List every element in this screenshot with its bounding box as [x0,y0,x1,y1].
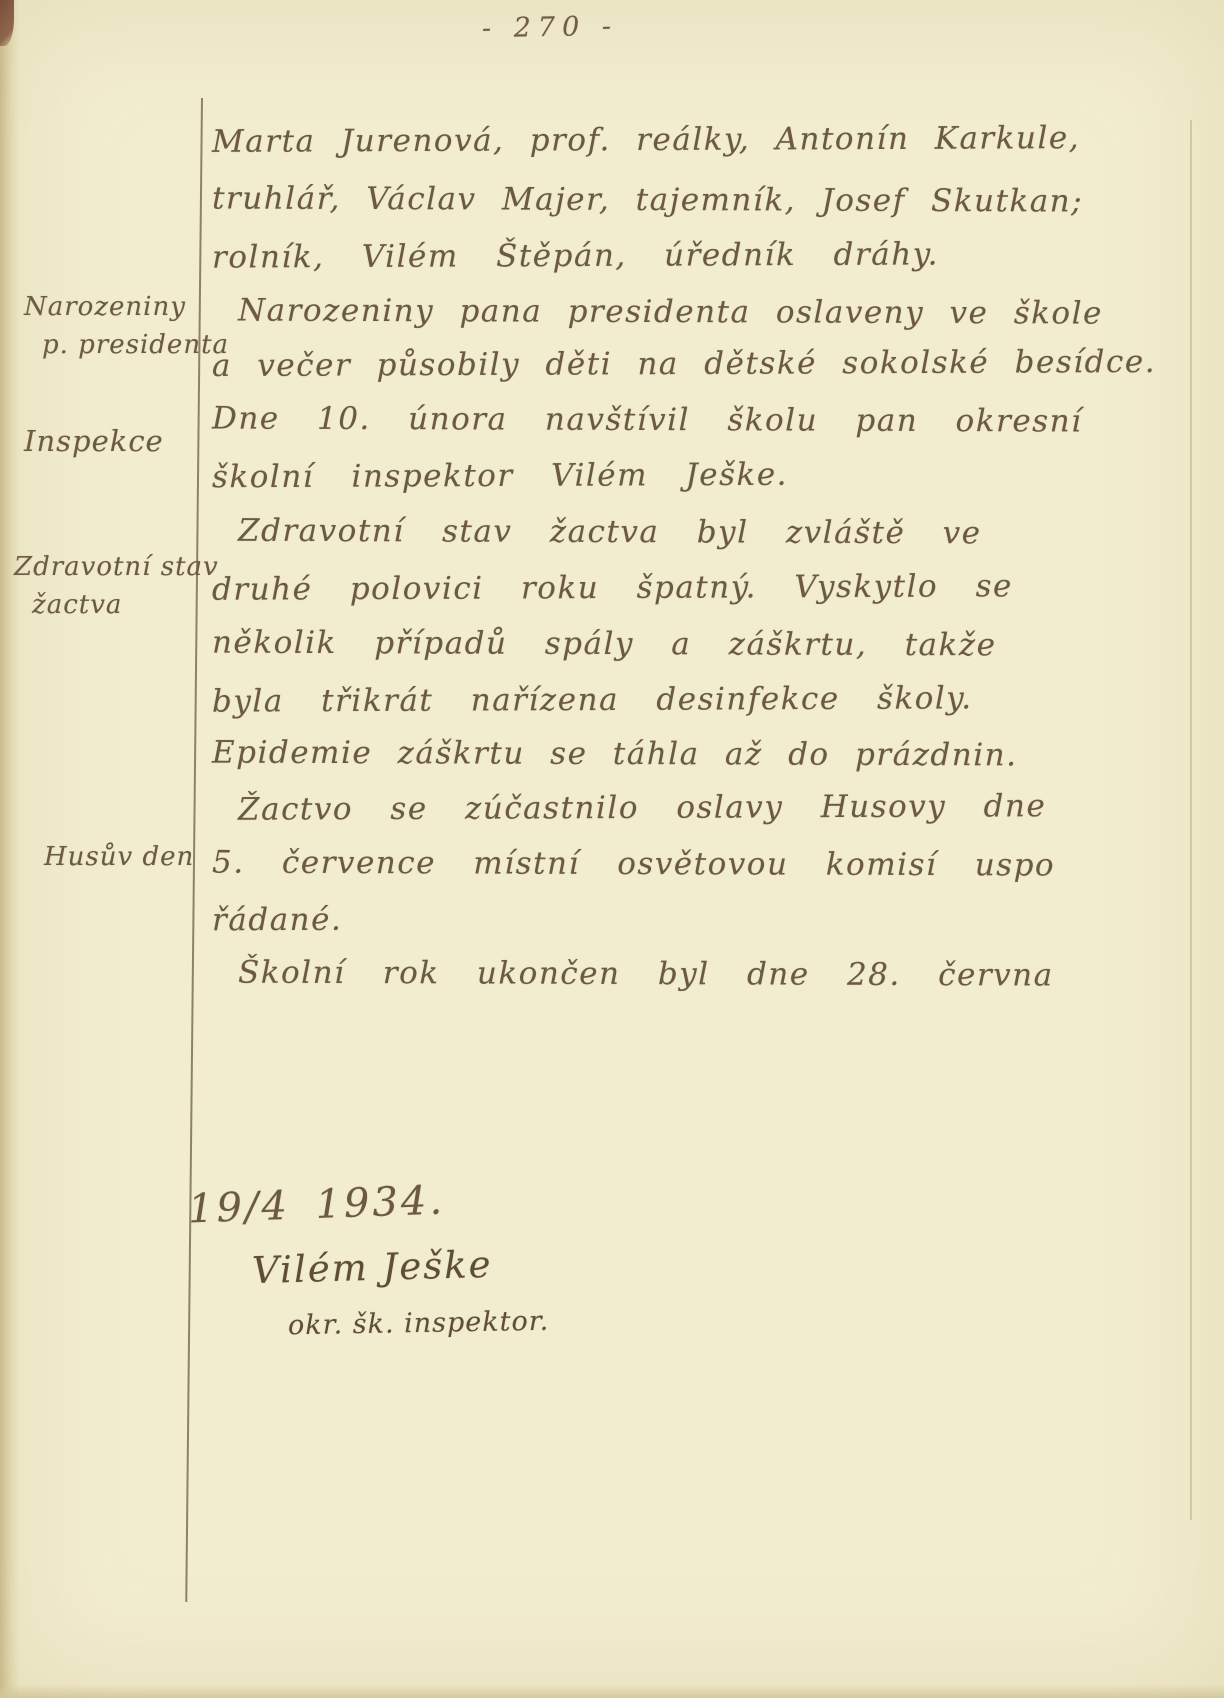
page-number: - 270 - [430,10,671,45]
manuscript-line: a večer působily děti na dětské sokolské… [212,344,1156,384]
manuscript-line: Školní rok ukončen byl dne 28. června [212,955,1054,994]
entry-date: 19/4 1934. [187,1178,446,1233]
margin-note-health: Zdravotní stav žactva [14,552,219,620]
manuscript-line: řádané. [212,902,342,939]
page-bottom-edge [0,1684,1224,1698]
manuscript-line: druhé polovici roku špatný. Vyskytlo se [212,568,1013,607]
margin-note-line: Narozeniny [24,292,186,322]
manuscript-line: Žactvo se zúčastnilo oslavy Husovy dne [212,788,1046,828]
margin-note-line: p. presidenta [24,330,229,360]
margin-note-line: žactva [14,590,219,620]
manuscript-line: Dne 10. února navštívil školu pan okresn… [212,400,1083,439]
manuscript-line: Epidemie záškrtu se táhla až do prázdnin… [212,735,1018,774]
manuscript-line: Marta Jurenová, prof. reálky, Antonín Ka… [212,120,1080,160]
manuscript-line: Narozeniny pana presidenta oslaveny ve š… [212,292,1103,331]
inspector-title: okr. šk. inspektor. [288,1306,550,1342]
manuscript-line: truhlář, Václav Majer, tajemník, Josef S… [212,180,1083,219]
margin-note-inspection: Inspekce [24,424,164,458]
margin-note-hus-day: Husův den [44,842,194,872]
margin-note-line: Inspekce [24,424,164,458]
margin-note-line: Husův den [44,842,194,872]
margin-note-line: Zdravotní stav [14,552,219,582]
manuscript-line: 5. července místní osvětovou komisí uspo [212,845,1055,884]
manuscript-line: Zdravotní stav žactva byl zvláště ve [212,513,982,552]
inspector-signature: Vilém Ješke [251,1243,493,1292]
manuscript-line: rolník, Vilém Štěpán, úředník dráhy. [212,236,939,275]
page-binding-edge [0,0,20,1698]
manuscript-line: školní inspektor Vilém Ješke. [212,457,788,496]
manuscript-line: několik případů spály a záškrtu, takže [212,625,997,664]
margin-note-birthday: Narozeniny p. presidenta [24,292,229,360]
page-right-edge-line [1190,120,1192,1520]
manuscript-page: - 270 - Narozeniny p. presidenta Inspekc… [0,0,1224,1698]
manuscript-line: byla třikrát nařízena desinfekce školy. [212,680,973,719]
